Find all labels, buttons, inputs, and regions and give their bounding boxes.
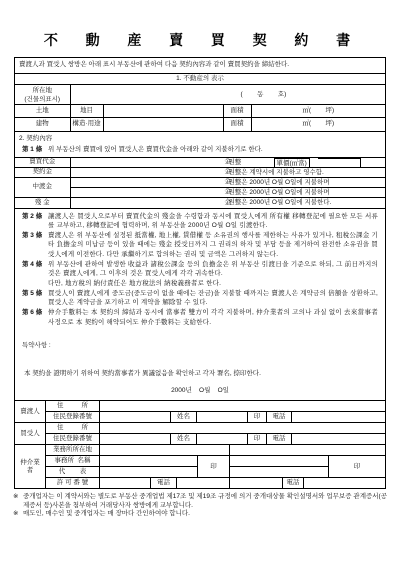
seller-phone-label: 電話 [267, 412, 291, 422]
article-3-number: 第 3 條 [15, 231, 48, 259]
buyer-name-label: 姓名 [171, 434, 196, 444]
seller-address-label: 住 所 [46, 401, 99, 411]
payment-table: 賣買代金 金 원整 單價(㎡當) 契約金 金 원整은 계약시에 지불하고 영수함… [15, 158, 385, 208]
footnote-marker: ※ [13, 510, 21, 518]
buyer-signature-rows: 買受人 住 所 住民登錄番號 姓名 印 電話 [15, 423, 385, 444]
structure-label: 構造·用途 [70, 118, 103, 131]
balance-label: 殘 金 [15, 198, 70, 208]
building-label: 建物 [15, 118, 70, 131]
building-area-unit: ㎡( 坪) [251, 118, 385, 131]
seller-name-field [197, 412, 247, 422]
interim-payment-1-field: 金 원整은 2000년 O월 O일에 지불하며 [70, 178, 385, 188]
article-6-text: 仲介手數料는 本 契約의 締結과 동시에 當事者 雙方이 각각 지불하며, 仲介… [48, 308, 385, 327]
special-terms-label: 특약사항 : [22, 342, 385, 350]
broker2-representative-field [230, 467, 328, 477]
broker1-phone-field [177, 478, 229, 488]
broker-office-address-label: 業務所所在地 [46, 445, 99, 455]
broker-signature-rows: 仲介業者 業務所所在地 事務所 名稱 印 印 代 表 許 可 番 號 電話 電話 [15, 445, 385, 488]
article-6: 第 6 條 仲介手數料는 本 契約의 締結과 동시에 當事者 雙方이 각각 지불… [15, 308, 385, 327]
article-1-number: 第 1 條 [15, 146, 48, 154]
buyer-phone-field [292, 434, 385, 444]
broker1-seal-label: 印 [198, 456, 229, 477]
broker2-phone-field [304, 478, 385, 488]
footnote-1: ※ 중개업자는 이 계약서와는 별도로 부동산 중개업법 제17조 및 제19조… [13, 493, 387, 509]
article-5-text: 買受人이 賣渡人에게 중도금(중도금이 없을 때에는 잔금)을 지불할 때까지는… [48, 289, 385, 308]
buyer-label: 買受人 [15, 423, 45, 444]
seller-seal-label: 印 [248, 412, 266, 422]
interim-payment-2-field: 金 원整은 2000년 O월 O일에 지불하며 [70, 188, 385, 198]
seller-address-field [100, 401, 385, 411]
broker-representative-label: 代 表 [46, 467, 99, 477]
article-4: 第 4 條 위 부동산에 관하여 발생한 收益과 諸稅公課金 등의 負擔金은 위… [15, 260, 385, 288]
article-1-text: 위 부동산의 賣買에 있어 買受人은 賣買代金을 아래와 같이 지불하기로 한다… [48, 146, 263, 154]
land-type-label: 地目 [70, 105, 103, 118]
payment-section: 賣買代金 金 원整 單價(㎡當) 契約金 金 원整은 계약시에 지불하고 영수함… [15, 157, 385, 209]
contract-document: 賣渡人과 買受人 쌍방은 아래 표시 부동산에 관하여 다음 契約內容과 같이 … [14, 57, 386, 489]
intro-clause: 賣渡人과 買受人 쌍방은 아래 표시 부동산에 관하여 다음 契約內容과 같이 … [15, 58, 385, 73]
broker-office-name-label: 事務所 名稱 [46, 456, 99, 466]
broker1-representative-field [100, 467, 197, 477]
signature-table: 賣渡人 住 所 住民登錄番號 姓名 印 電話 買受人 住 所 住民登錄番號 姓名… [15, 400, 385, 488]
buyer-regno-field [100, 434, 170, 444]
land-label: 土地 [15, 105, 70, 118]
buyer-seal-label: 印 [248, 434, 266, 444]
property-section: 1. 不動産의 表示 所在地 (건물의표시) ( 동 호) 土地 地目 面積 ㎡… [15, 74, 385, 132]
article-2-text: 讓渡人은 買受人으로부터 賣買代金의 殘金을 수령함과 동시에 買受人에게 所有… [48, 212, 385, 231]
seller-name-label: 姓名 [171, 412, 196, 422]
land-area-label: 面積 [223, 105, 251, 118]
seller-signature-rows: 賣渡人 住 所 住民登錄番號 姓名 印 電話 [15, 401, 385, 422]
broker1-phone-label: 電話 [151, 478, 176, 488]
property-heading: 1. 不動産의 表示 [15, 74, 385, 85]
article-3: 第 3 條 賣渡人은 위 부동산에 설정된 抵當權, 地上權, 賃借權 등 소유… [15, 231, 385, 259]
location-label: 所在地 (건물의표시) [15, 85, 70, 105]
buyer-name-field [197, 434, 247, 444]
broker2-license-field [230, 478, 282, 488]
broker2-office-name-field [230, 456, 328, 466]
broker-label: 仲介業者 [15, 445, 45, 488]
building-area-label: 面積 [223, 118, 251, 131]
land-type-value-field [103, 105, 223, 118]
balance-value-field: 金 원整은 2000년 O월 O일에 지불한다. [70, 198, 385, 208]
page-title: 不 動 産 賣 買 契 約 書 [0, 0, 400, 50]
deposit-value-field: 金 원整은 계약시에 지불하고 영수함. [70, 168, 385, 178]
seller-regno-label: 住民登錄番號 [46, 412, 99, 422]
footnote-marker: ※ [13, 493, 21, 509]
broker2-seal-label: 印 [329, 456, 385, 477]
article-6-number: 第 6 條 [15, 308, 48, 327]
article-4-number: 第 4 條 [15, 260, 48, 288]
buyer-regno-label: 住民登錄番號 [46, 434, 99, 444]
dong-ho-hint: ( 동 호) [241, 91, 287, 99]
location-value-field: ( 동 호) [70, 85, 385, 105]
article-1: 第 1 條 위 부동산의 賣買에 있어 買受人은 賣買代金을 아래와 같이 지불… [15, 145, 385, 156]
articles-block: 第 2 條 讓渡人은 買受人으로부터 賣買代金의 殘金을 수령함과 동시에 買受… [15, 209, 385, 332]
broker1-office-name-field [100, 456, 197, 466]
unit-price-label: 單價(㎡當) [274, 158, 310, 168]
interim-payment-label: 中渡金 [15, 178, 70, 198]
buyer-address-field [100, 423, 385, 433]
broker2-phone-label: 電話 [283, 478, 303, 488]
property-table: 1. 不動産의 表示 所在地 (건물의표시) ( 동 호) 土地 地目 面積 ㎡… [15, 74, 385, 131]
structure-value-field [103, 118, 223, 131]
buyer-phone-label: 電話 [267, 434, 291, 444]
price-value-field: 金 원整 單價(㎡當) [70, 158, 385, 168]
article-5-number: 第 5 條 [15, 289, 48, 308]
article-5: 第 5 條 買受人이 賣渡人에게 중도금(중도금이 없을 때에는 잔금)을 지불… [15, 289, 385, 308]
footnote-1-text: 중개업자는 이 계약서와는 별도로 부동산 중개업법 제17조 및 제19조 규… [23, 493, 387, 509]
broker2-office-address-field [230, 445, 385, 455]
broker1-license-field [100, 478, 150, 488]
seller-label: 賣渡人 [15, 401, 45, 422]
article-3-text: 賣渡人은 위 부동산에 설정된 抵當權, 地上權, 賃借權 등 소유권의 행사를… [48, 231, 385, 259]
seller-phone-field [292, 412, 385, 422]
broker1-office-address-field [100, 445, 229, 455]
seller-regno-field [100, 412, 170, 422]
unit-price-value-field [318, 158, 361, 168]
closing-clause: 本 契約을 證明하기 위하여 契約當事者가 異議없음을 확인하고 각자 署名, … [24, 370, 385, 378]
footnotes: ※ 중개업자는 이 계약서와는 별도로 부동산 중개업법 제17조 및 제19조… [13, 493, 387, 518]
broker-license-label: 許 可 番 號 [46, 478, 99, 488]
article-2-number: 第 2 條 [15, 212, 48, 231]
land-area-unit: ㎡( 坪) [251, 105, 385, 118]
buyer-address-label: 住 所 [46, 423, 99, 433]
footnote-2: ※ 매도인, 매수인 및 중개업자는 매 장마다 간인하여야 합니다. [13, 510, 387, 518]
footnote-2-text: 매도인, 매수인 및 중개업자는 매 장마다 간인하여야 합니다. [23, 510, 387, 518]
deposit-label: 契約金 [15, 168, 70, 178]
contract-date: 2000년 O월 O일 [15, 387, 385, 395]
contract-heading: 2. 契約內容 [15, 132, 385, 145]
price-label: 賣買代金 [15, 158, 70, 168]
article-4-text: 위 부동산에 관하여 발생한 收益과 諸稅公課金 등의 負擔金은 위 부동산 引… [48, 260, 385, 288]
article-2: 第 2 條 讓渡人은 買受人으로부터 賣買代金의 殘金을 수령함과 동시에 買受… [15, 212, 385, 231]
